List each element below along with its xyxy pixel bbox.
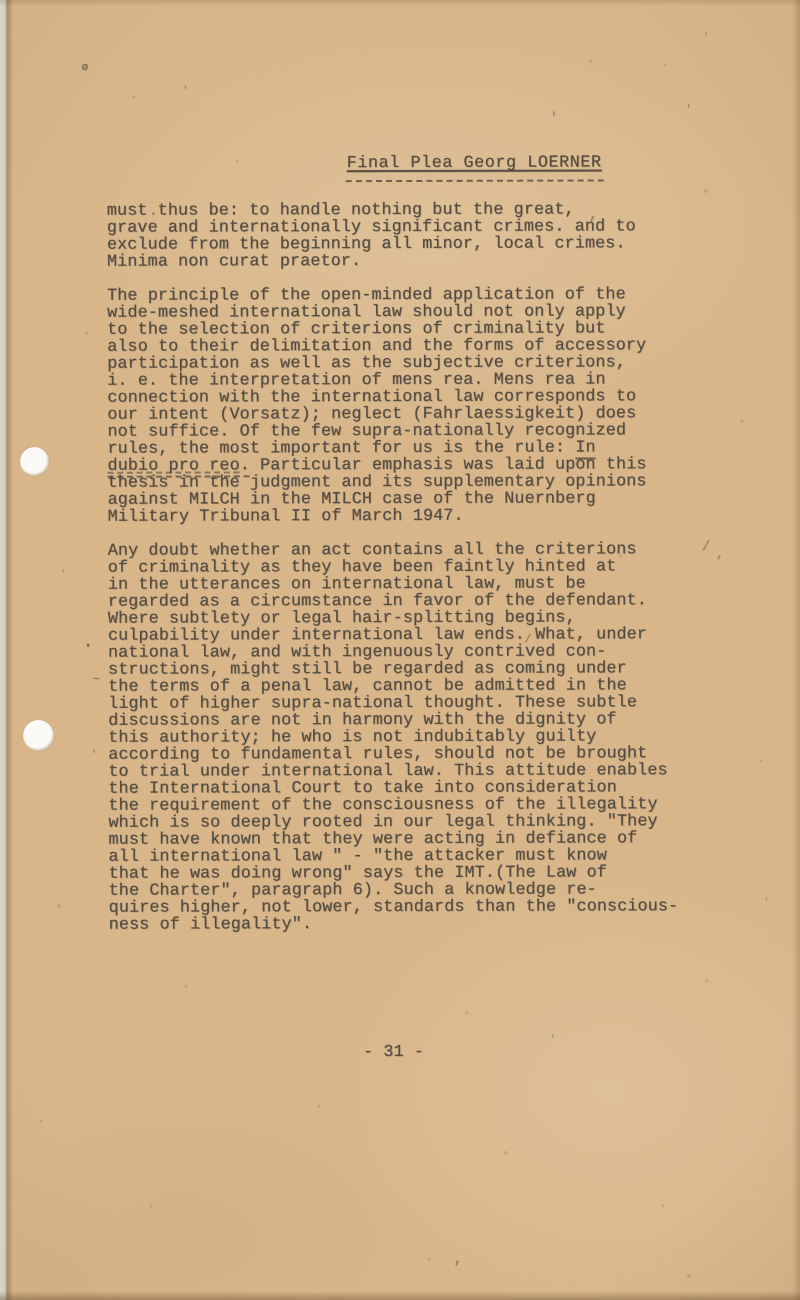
punch-hole-top <box>20 447 49 476</box>
ink-speck: ' <box>702 31 709 43</box>
ink-speck: , <box>589 207 598 222</box>
paragraph-3-lines: Any doubt whether an act contains all th… <box>108 541 679 933</box>
punch-hole-bottom <box>23 720 54 751</box>
ink-speck: ø <box>81 63 88 74</box>
ink-speck: ' <box>763 897 770 909</box>
ink-speck: / <box>524 633 532 646</box>
ink-speck: . <box>149 204 158 219</box>
ink-speck: , <box>454 1252 463 1267</box>
ink-speck: / <box>702 540 711 554</box>
paper-edge-shadow-left <box>7 0 13 1300</box>
ink-speck: ' <box>182 85 190 98</box>
paper-edge-shadow-right <box>792 0 800 1300</box>
ink-speck: ' <box>685 103 693 116</box>
paragraph-3: Any doubt whether an act contains all th… <box>108 541 679 933</box>
title-underline-dashes <box>346 179 604 182</box>
paragraph-2-lines-bottom: against MILCH in the MILCH case of the N… <box>108 490 647 525</box>
paragraph-2-lines-top: The principle of the open-minded applica… <box>107 286 646 440</box>
paragraph-1: must thus be: to handle nothing but the … <box>107 201 636 270</box>
scanner-edge-strip <box>0 0 7 1300</box>
paper-edge-shadow-top <box>0 0 800 6</box>
paragraph-2: The principle of the open-minded applica… <box>107 286 647 525</box>
ink-speck: ~ <box>92 673 100 686</box>
ink-speck: ' <box>549 1034 556 1046</box>
ink-speck: · <box>83 638 93 655</box>
ink-speck: ' <box>90 749 97 761</box>
scanned-document-page: Final Plea Georg LOERNER must thus be: t… <box>0 0 800 1300</box>
ink-speck: , <box>716 547 725 561</box>
ink-speck: ' <box>550 112 559 126</box>
ink-speck: ' <box>60 569 67 581</box>
paragraph-1-lines: must thus be: to handle nothing but the … <box>107 201 636 270</box>
typewritten-text-layer: Final Plea Georg LOERNER must thus be: t… <box>0 0 800 1300</box>
document-title: Final Plea Georg LOERNER <box>347 154 602 172</box>
page-number: - 31 - <box>363 1044 424 1061</box>
paper-edge-shadow-bottom <box>0 1291 800 1300</box>
